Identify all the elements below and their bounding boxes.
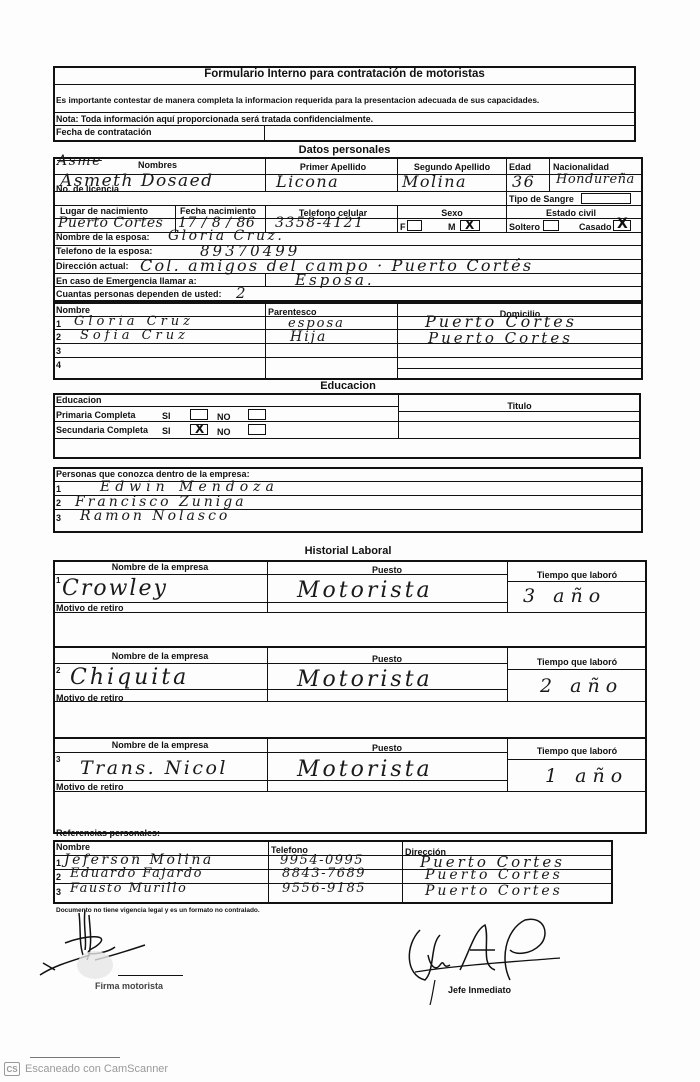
primer-apellido-label: Primer Apellido — [268, 162, 398, 172]
form-title: Formulario Interno para contratación de … — [53, 68, 636, 80]
reference-3-direccion[interactable]: Puerto Cortes — [425, 883, 563, 899]
reference-2-nombre[interactable]: Eduardo Fajardo — [70, 866, 203, 881]
sexo-m-label: M — [448, 222, 456, 232]
sexo-label: Sexo — [398, 208, 506, 218]
camscanner-watermark: CS Escaneado con CamScanner — [4, 1062, 168, 1076]
dependent-row-1-num: 1 — [56, 319, 61, 329]
secundaria-si-mark: X — [195, 424, 204, 435]
tipo-sangre-label: Tipo de Sangre — [509, 194, 574, 204]
job-2-tiempo-field[interactable]: 2 año — [540, 675, 623, 697]
sexo-f-label: F — [400, 222, 406, 232]
dependent-row-4-num: 4 — [56, 360, 61, 370]
job-1-num: 1 — [56, 576, 60, 585]
job-3-motivo-field[interactable] — [56, 793, 641, 831]
job-2-empresa-field[interactable]: Chiquita — [70, 665, 189, 690]
dependent-row-1-nombre[interactable]: Gloria Cruz — [74, 314, 194, 329]
reference-3-nombre[interactable]: Fausto Murillo — [70, 881, 187, 896]
edad-field[interactable]: 36 — [512, 172, 535, 191]
job-1-empresa-label: Nombre de la empresa — [53, 562, 267, 572]
section-title-work-history: Historial Laboral — [53, 545, 643, 557]
dependent-row-2-nombre[interactable]: Sofia Cruz — [80, 328, 189, 343]
job-3-puesto-field[interactable]: Motorista — [297, 757, 433, 782]
telefono-esposa-label: Telefono de la esposa: — [56, 246, 152, 256]
reference-2-direccion[interactable]: Puerto Cortes — [425, 867, 563, 883]
known-person-2-num: 2 — [56, 498, 61, 508]
job-2-num: 2 — [56, 666, 60, 675]
casado-label: Casado — [579, 222, 612, 232]
job-3-empresa-label: Nombre de la empresa — [53, 740, 267, 750]
form-note: Nota: Toda información aquí proporcionad… — [56, 114, 373, 124]
job-3-empresa-field[interactable]: Trans. Nicol — [80, 757, 228, 779]
primaria-no-checkbox[interactable] — [248, 409, 266, 420]
section-title-education: Educacion — [53, 380, 643, 392]
reference-3-telefono[interactable]: 9556-9185 — [282, 881, 366, 896]
dependent-row-2-num: 2 — [56, 332, 61, 342]
soltero-checkbox[interactable] — [543, 220, 559, 231]
scanned-form-page: Formulario Interno para contratación de … — [0, 0, 700, 1082]
primaria-si-label: SI — [162, 411, 171, 421]
lugar-nacimiento-field[interactable]: Puerto Cortes — [58, 215, 163, 231]
nombres-label: Nombres — [138, 160, 177, 170]
secundaria-no-checkbox[interactable] — [248, 424, 266, 435]
segundo-apellido-label: Segundo Apellido — [398, 162, 506, 172]
nacionalidad-label: Nacionalidad — [553, 162, 609, 172]
job-1-empresa-field[interactable]: Crowley — [62, 576, 168, 601]
sexo-m-mark: X — [465, 220, 474, 231]
known-person-3-name[interactable]: Ramon Nolasco — [80, 508, 230, 524]
primaria-si-checkbox[interactable] — [190, 409, 208, 420]
job-2-tiempo-label: Tiempo que laboró — [507, 657, 647, 667]
primer-apellido-field[interactable]: Licona — [276, 172, 339, 191]
titulo-header: Titulo — [398, 401, 641, 411]
form-intro: Es importante contestar de manera comple… — [56, 95, 539, 105]
edad-label: Edad — [509, 162, 531, 172]
job-3-num: 3 — [56, 755, 60, 764]
tipo-sangre-field[interactable] — [581, 193, 631, 204]
job-3-tiempo-field[interactable]: 1 año — [545, 765, 628, 787]
nombre-esposa-label: Nombre de la esposa: — [56, 232, 150, 242]
soltero-label: Soltero — [509, 222, 540, 232]
hire-date-label: Fecha de contratación — [56, 127, 152, 137]
job-2-empresa-label: Nombre de la empresa — [53, 651, 267, 661]
titulo-field-1[interactable] — [402, 412, 637, 421]
secundaria-si-label: SI — [162, 426, 171, 436]
direccion-label: Dirección actual: — [56, 261, 129, 271]
sign-left-label: Firma motorista — [95, 981, 163, 991]
job-3-tiempo-label: Tiempo que laboró — [507, 746, 647, 756]
section-title-personal: Datos personales — [53, 144, 636, 156]
licencia-label: No. de licencia — [56, 184, 119, 194]
nombres-strikethrough: Asme — [57, 153, 102, 169]
nacionalidad-field[interactable]: Hondureña — [556, 172, 635, 187]
dependientes-field[interactable]: 2 — [236, 284, 247, 302]
education-header: Educacion — [56, 395, 102, 405]
references-header-nombre: Nombre — [56, 842, 90, 852]
known-person-1-num: 1 — [56, 484, 61, 494]
references-label: Referencias personales: — [56, 828, 160, 838]
camscanner-text: Escaneado con CamScanner — [25, 1063, 168, 1075]
job-1-tiempo-field[interactable]: 3 año — [523, 585, 606, 607]
licencia-field[interactable] — [140, 182, 260, 192]
known-person-1-name[interactable]: Edwin Mendoza — [100, 479, 279, 495]
job-1-tiempo-label: Tiempo que laboró — [507, 570, 647, 580]
segundo-apellido-field[interactable]: Molina — [402, 172, 467, 191]
reference-1-num: 1 — [56, 858, 61, 868]
sign-right-label: Jefe Inmediato — [448, 985, 511, 995]
primaria-label: Primaria Completa — [56, 410, 136, 420]
secundaria-label: Secundaria Completa — [56, 425, 148, 435]
titulo-field-2[interactable] — [402, 423, 637, 437]
job-2-motivo-field[interactable] — [56, 703, 641, 735]
secundaria-no-label: NO — [217, 427, 231, 437]
dependientes-label: Cuantas personas dependen de usted: — [56, 289, 222, 299]
reference-2-num: 2 — [56, 872, 61, 882]
telefono-celular-field[interactable]: 3358-4121 — [275, 215, 365, 231]
dependent-row-3-num: 3 — [56, 346, 61, 356]
reference-2-telefono[interactable]: 8843-7689 — [282, 866, 366, 881]
known-person-3-num: 3 — [56, 513, 61, 523]
casado-mark: X — [617, 219, 628, 230]
emergencia-label: En caso de Emergencia llamar a: — [56, 276, 197, 286]
job-1-puesto-field[interactable]: Motorista — [297, 578, 433, 603]
dependent-row-2-domicilio[interactable]: Puerto Cortes — [428, 329, 573, 347]
known-people-label: Personas que conozca dentro de la empres… — [56, 469, 250, 479]
job-1-motivo-field[interactable] — [56, 614, 641, 644]
reference-3-num: 3 — [56, 887, 61, 897]
hire-date-field[interactable] — [268, 125, 634, 141]
camscanner-logo-icon: CS — [4, 1062, 20, 1076]
sexo-f-checkbox[interactable] — [407, 220, 422, 231]
